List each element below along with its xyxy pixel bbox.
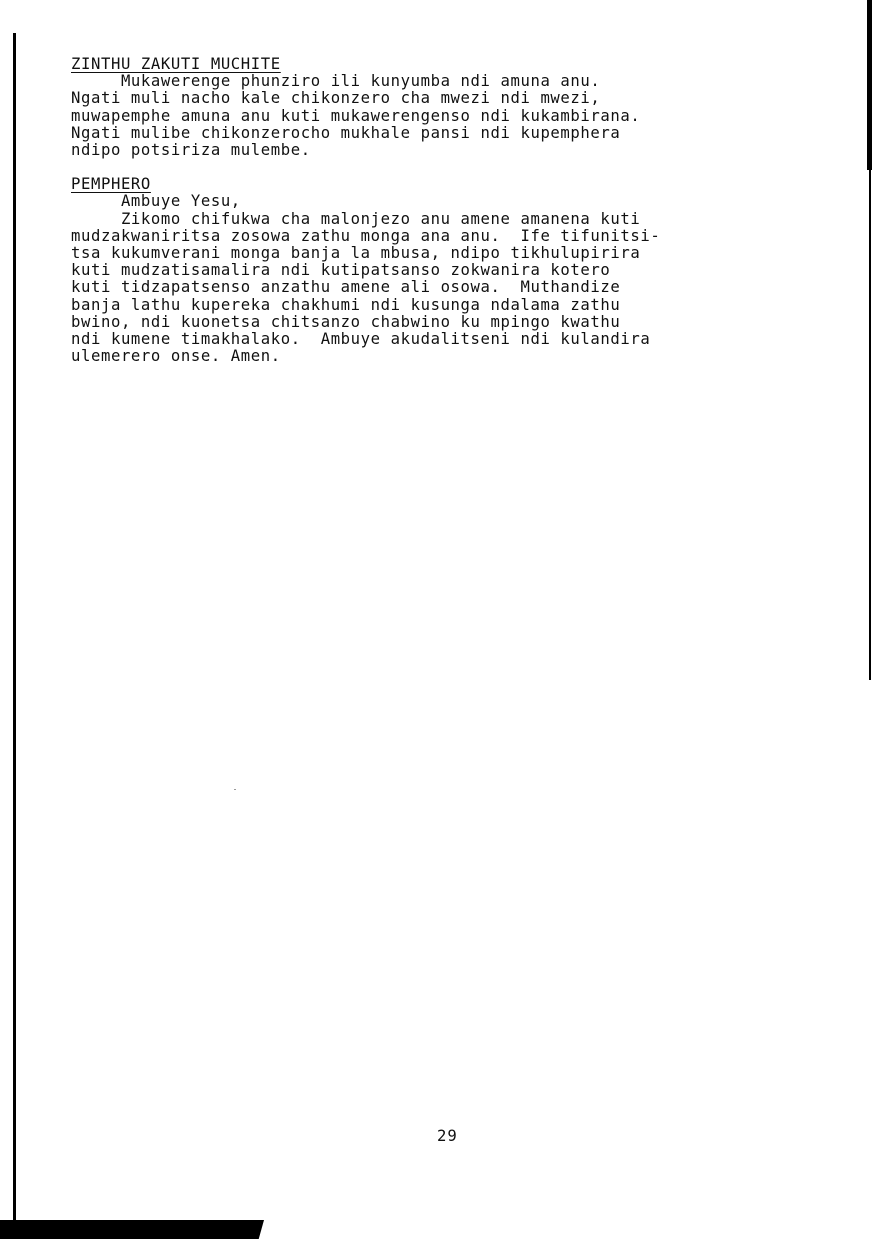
text-line: kuti mudzatisamalira ndi kutipatsanso zo… xyxy=(71,262,811,279)
text-line: Ngati muli nacho kale chikonzero cha mwe… xyxy=(71,90,811,107)
text-line: ndipo potsiriza mulembe. xyxy=(71,142,811,159)
text-line: tsa kukumverani monga banja la mbusa, nd… xyxy=(71,245,811,262)
text-line: banja lathu kupereka chakhumi ndi kusung… xyxy=(71,297,811,314)
section-heading: PEMPHERO xyxy=(71,176,151,193)
text-line: Zikomo chifukwa cha malonjezo anu amene … xyxy=(71,211,811,228)
scan-edge-right xyxy=(869,170,871,680)
scan-edge-left xyxy=(13,33,16,1223)
scan-edge-right-top xyxy=(867,0,872,170)
section-paragraph: Mukawerenge phunziro ili kunyumba ndi am… xyxy=(71,73,811,159)
page-body: ZINTHU ZAKUTI MUCHITE Mukawerenge phunzi… xyxy=(71,56,811,382)
section-heading: ZINTHU ZAKUTI MUCHITE xyxy=(71,56,281,73)
text-line: mudzakwaniritsa zosowa zathu monga ana a… xyxy=(71,228,811,245)
text-line: muwapemphe amuna anu kuti mukawerengenso… xyxy=(71,108,811,125)
text-line: kuti tidzapatsenso anzathu amene ali oso… xyxy=(71,279,811,296)
section-pemphero: PEMPHERO Ambuye Yesu, Zikomo chifukwa ch… xyxy=(71,176,811,365)
text-line: Ambuye Yesu, xyxy=(71,193,811,210)
text-line: Mukawerenge phunziro ili kunyumba ndi am… xyxy=(71,73,811,90)
text-line: Ngati mulibe chikonzerocho mukhale pansi… xyxy=(71,125,811,142)
scan-speck xyxy=(234,789,236,790)
section-paragraph: Ambuye Yesu, Zikomo chifukwa cha malonje… xyxy=(71,193,811,365)
text-line: ulemerero onse. Amen. xyxy=(71,348,811,365)
section-zinthu-zakuti-muchite: ZINTHU ZAKUTI MUCHITE Mukawerenge phunzi… xyxy=(71,56,811,159)
scan-edge-bottom xyxy=(0,1220,264,1239)
text-line: bwino, ndi kuonetsa chitsanzo chabwino k… xyxy=(71,314,811,331)
text-line: ndi kumene timakhalako. Ambuye akudalits… xyxy=(71,331,811,348)
page-number: 29 xyxy=(437,1127,458,1145)
